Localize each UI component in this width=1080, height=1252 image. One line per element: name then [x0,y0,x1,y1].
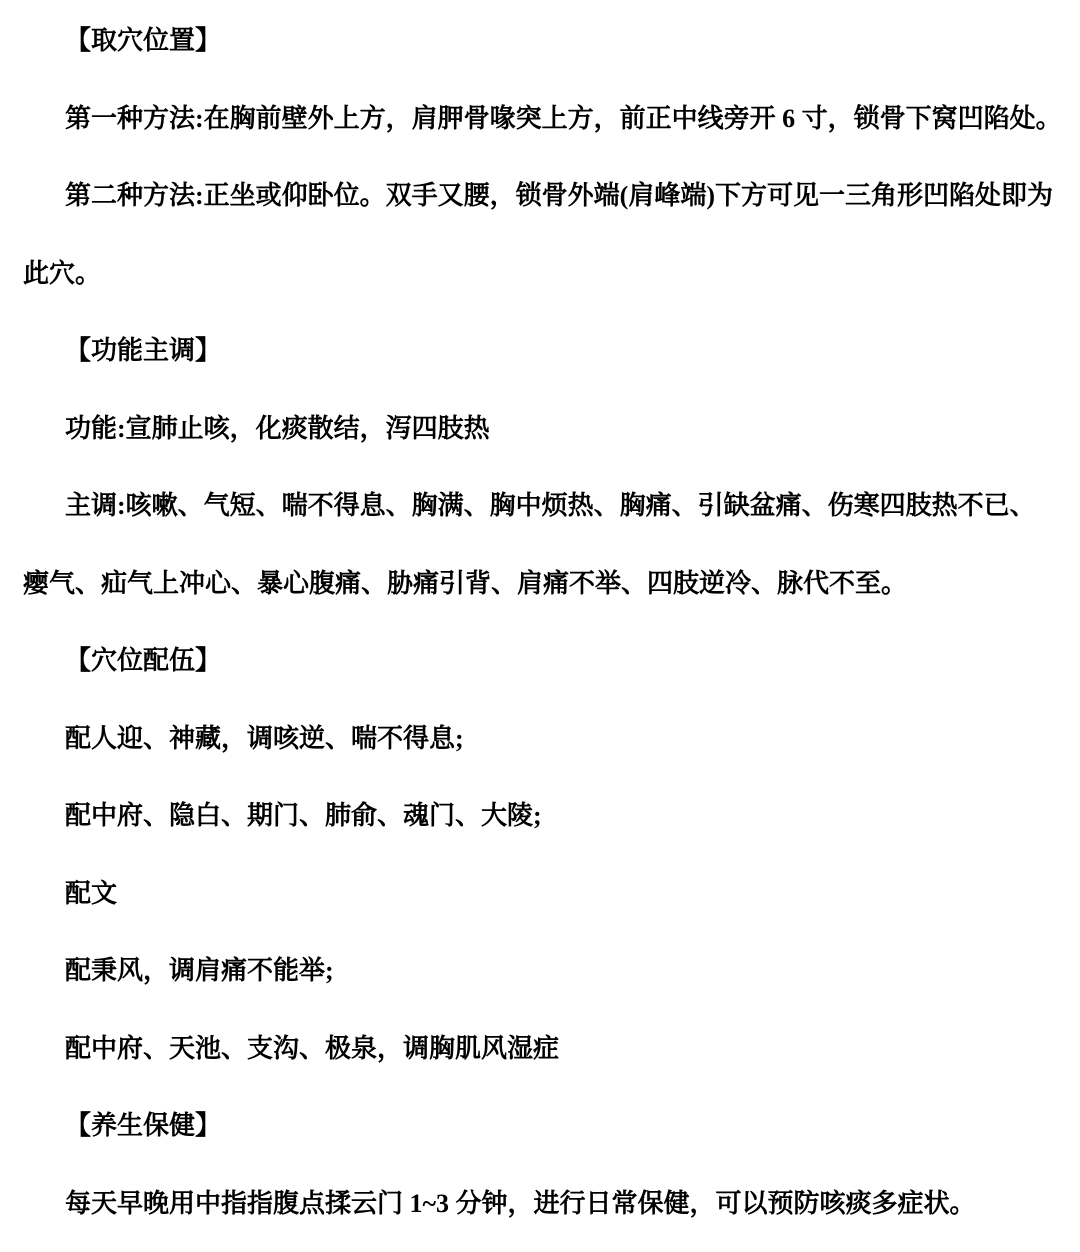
text-line-method-two: 第二种方法:正坐或仰卧位。双手又腰，锁骨外端(肩峰端)下方可见一三角形凹陷处即为 [23,157,1062,235]
text-line-combination-4: 配秉风，调肩痛不能举; [23,932,1062,1010]
text-line-health-care: 每天早晚用中指指腹点揉云门 1~3 分钟，进行日常保健，可以预防咳痰多症状。 [23,1165,1062,1243]
text-line-method-two-wrap: 此穴。 [23,235,1062,313]
text-line-method-one: 第一种方法:在胸前壁外上方，肩胛骨喙突上方，前正中线旁开 6 寸，锁骨下窝凹陷处… [23,80,1062,158]
text-line-indications-wrap: 瘿气、疝气上冲心、暴心腹痛、胁痛引背、肩痛不举、四肢逆冷、脉代不至。 [23,545,1062,623]
text-line-combination-5: 配中府、天池、支沟、极泉，调胸肌风湿症 [23,1010,1062,1088]
section-heading-function-indications: 【功能主调】 [23,312,1062,390]
document-page: 【取穴位置】 第一种方法:在胸前壁外上方，肩胛骨喙突上方，前正中线旁开 6 寸，… [0,0,1080,1252]
text-line-function: 功能:宣肺止咳，化痰散结，泻四肢热 [23,390,1062,468]
text-line-combination-2: 配中府、隐白、期门、肺俞、魂门、大陵; [23,777,1062,855]
text-line-combination-1: 配人迎、神藏，调咳逆、喘不得息; [23,700,1062,778]
section-heading-acupoint-location: 【取穴位置】 [23,2,1062,80]
text-line-indications: 主调:咳嗽、气短、喘不得息、胸满、胸中烦热、胸痛、引缺盆痛、伤寒四肢热不已、 [23,467,1062,545]
section-heading-health-care: 【养生保健】 [23,1087,1062,1165]
text-line-combination-3: 配文 [23,855,1062,933]
section-heading-point-combinations: 【穴位配伍】 [23,622,1062,700]
